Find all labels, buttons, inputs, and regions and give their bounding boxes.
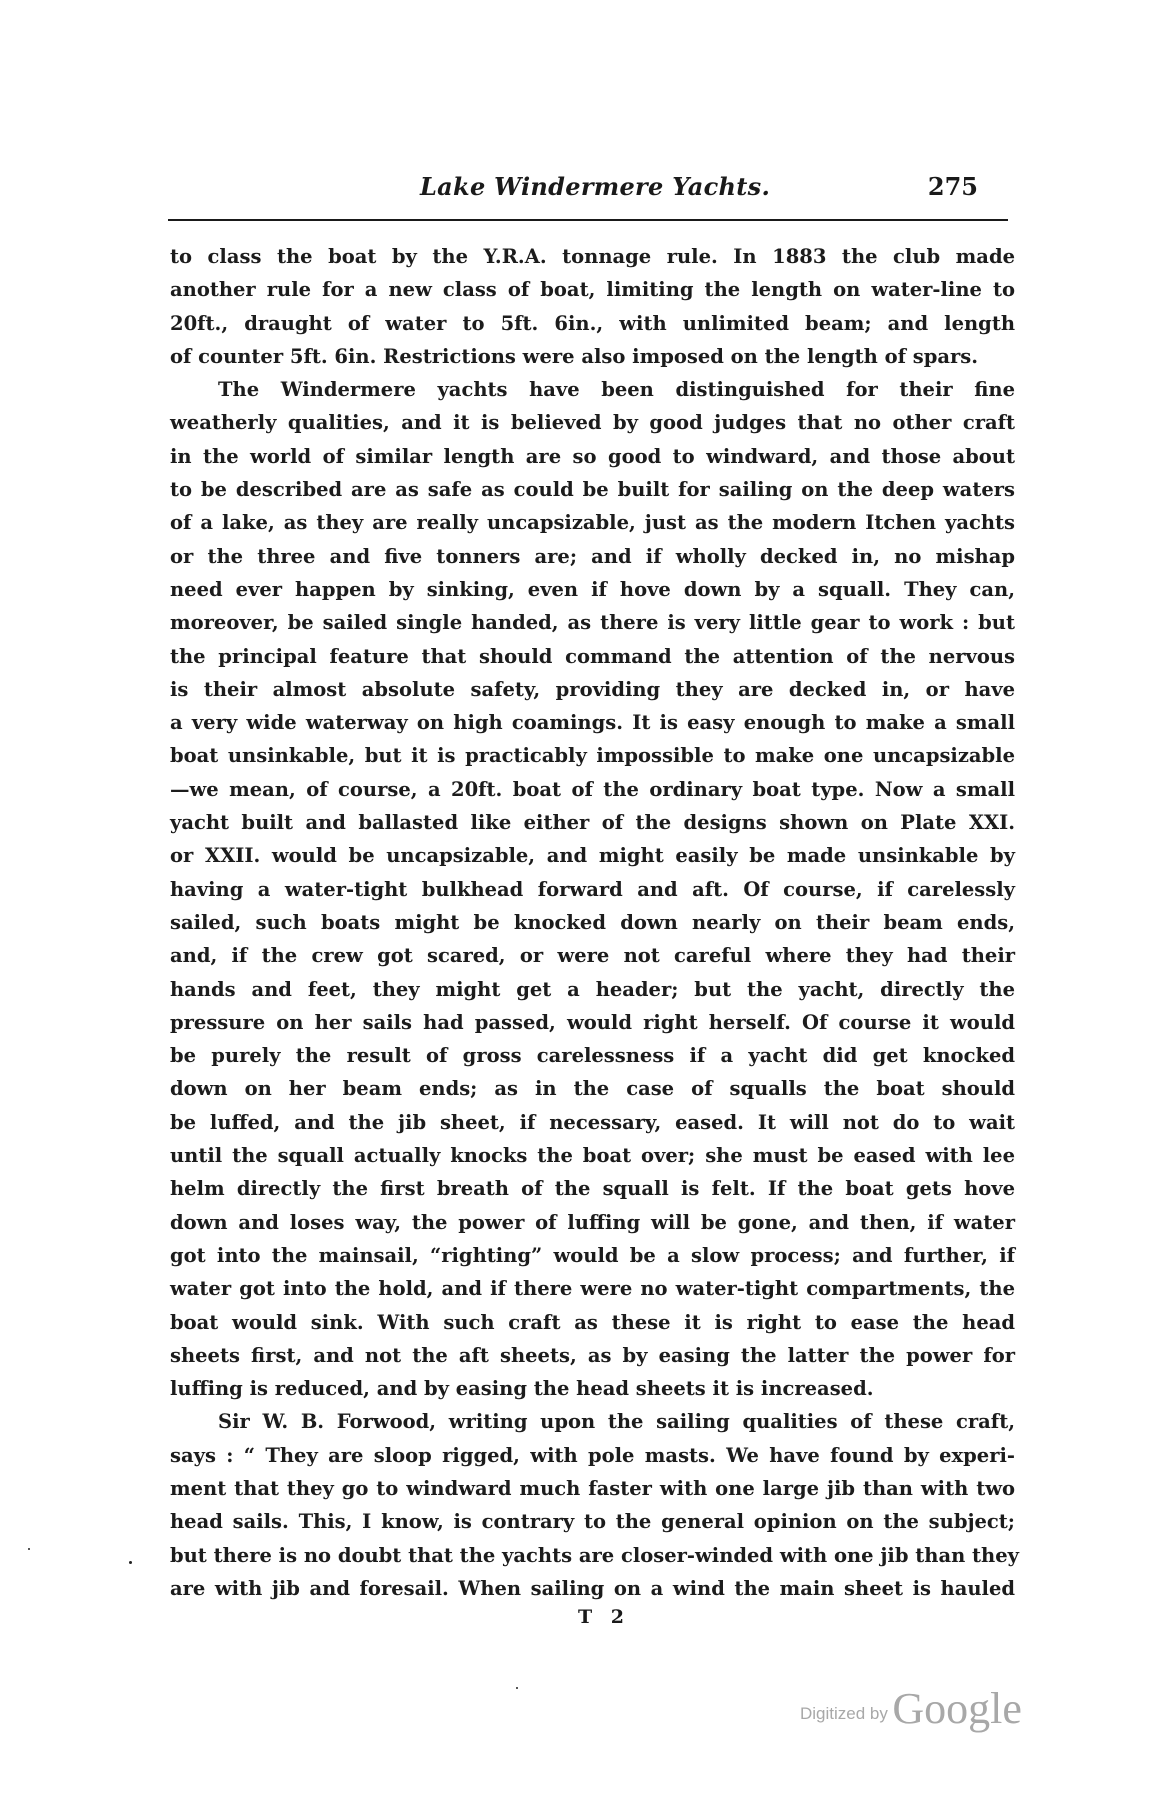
text-line: moreover, be sailed single handed, as th… [170,606,1015,639]
text-line: until the squall actually knocks the boa… [170,1139,1015,1172]
text-line: to class the boat by the Y.R.A. tonnage … [170,240,1015,273]
text-line: weatherly qualities, and it is believed … [170,406,1015,439]
page-number: 275 [928,172,978,201]
text-line: ment that they go to windward much faste… [170,1472,1015,1505]
digitized-by-google-watermark: Digitized by Google [800,1683,1022,1734]
google-logo-text: Google [892,1684,1022,1733]
text-line: be purely the result of gross carelessne… [170,1039,1015,1072]
text-line: the principal feature that should comman… [170,640,1015,673]
text-line: head sails. This, I know, is contrary to… [170,1505,1015,1538]
text-line: sailed, such boats might be knocked down… [170,906,1015,939]
text-line: down on her beam ends; as in the case of… [170,1072,1015,1105]
text-line: in the world of similar length are so go… [170,440,1015,473]
text-line: got into the mainsail, “righting” would … [170,1239,1015,1272]
text-line: be luffed, and the jib sheet, if necessa… [170,1106,1015,1139]
text-line: Sir W. B. Forwood, writing upon the sail… [170,1405,1015,1438]
text-line: sheets first, and not the aft sheets, as… [170,1339,1015,1372]
text-line: but there is no doubt that the yachts ar… [170,1539,1015,1572]
text-line: of a lake, as they are really uncapsizab… [170,506,1015,539]
text-line: says : “ They are sloop rigged, with pol… [170,1439,1015,1472]
text-line: having a water-tight bulkhead forward an… [170,873,1015,906]
text-line: 20ft., draught of water to 5ft. 6in., wi… [170,307,1015,340]
text-line: need ever happen by sinking, even if hov… [170,573,1015,606]
paragraph-2: The Windermere yachts have been distingu… [170,373,1015,1405]
paragraph-3: Sir W. B. Forwood, writing upon the sail… [170,1405,1015,1605]
running-title: Lake Windermere Yachts. [420,172,770,201]
scan-speck [28,1548,30,1550]
watermark-prefix: Digitized by [800,1704,888,1723]
text-line: and, if the crew got scared, or were not… [170,939,1015,972]
text-line: The Windermere yachts have been distingu… [170,373,1015,406]
text-line: down and loses way, the power of luffing… [170,1206,1015,1239]
book-page: Lake Windermere Yachts. 275 to class the… [0,0,1153,1800]
text-line: or XXII. would be uncapsizable, and migh… [170,839,1015,872]
text-line: of counter 5ft. 6in. Restrictions were a… [170,340,1015,373]
running-head: Lake Windermere Yachts. 275 [168,172,1008,204]
text-line: a very wide waterway on high coamings. I… [170,706,1015,739]
header-rule [168,219,1008,221]
text-line: luffing is reduced, and by easing the he… [170,1372,1015,1405]
scan-speck [129,1561,132,1564]
text-line: —we mean, of course, a 20ft. boat of the… [170,773,1015,806]
text-line: boat would sink. With such craft as thes… [170,1306,1015,1339]
text-line: another rule for a new class of boat, li… [170,273,1015,306]
text-line: are with jib and foresail. When sailing … [170,1572,1015,1605]
text-line: boat unsinkable, but it is practicably i… [170,739,1015,772]
text-line: hands and feet, they might get a header;… [170,973,1015,1006]
text-line: water got into the hold, and if there we… [170,1272,1015,1305]
text-line: yacht built and ballasted like either of… [170,806,1015,839]
text-line: or the three and five tonners are; and i… [170,540,1015,573]
paragraph-1: to class the boat by the Y.R.A. tonnage … [170,240,1015,373]
body-text: to class the boat by the Y.R.A. tonnage … [170,240,1015,1605]
scan-speck [516,1687,518,1689]
text-line: is their almost absolute safety, providi… [170,673,1015,706]
signature-mark: T 2 [578,1606,630,1628]
text-line: pressure on her sails had passed, would … [170,1006,1015,1039]
text-line: helm directly the first breath of the sq… [170,1172,1015,1205]
text-line: to be described are as safe as could be … [170,473,1015,506]
